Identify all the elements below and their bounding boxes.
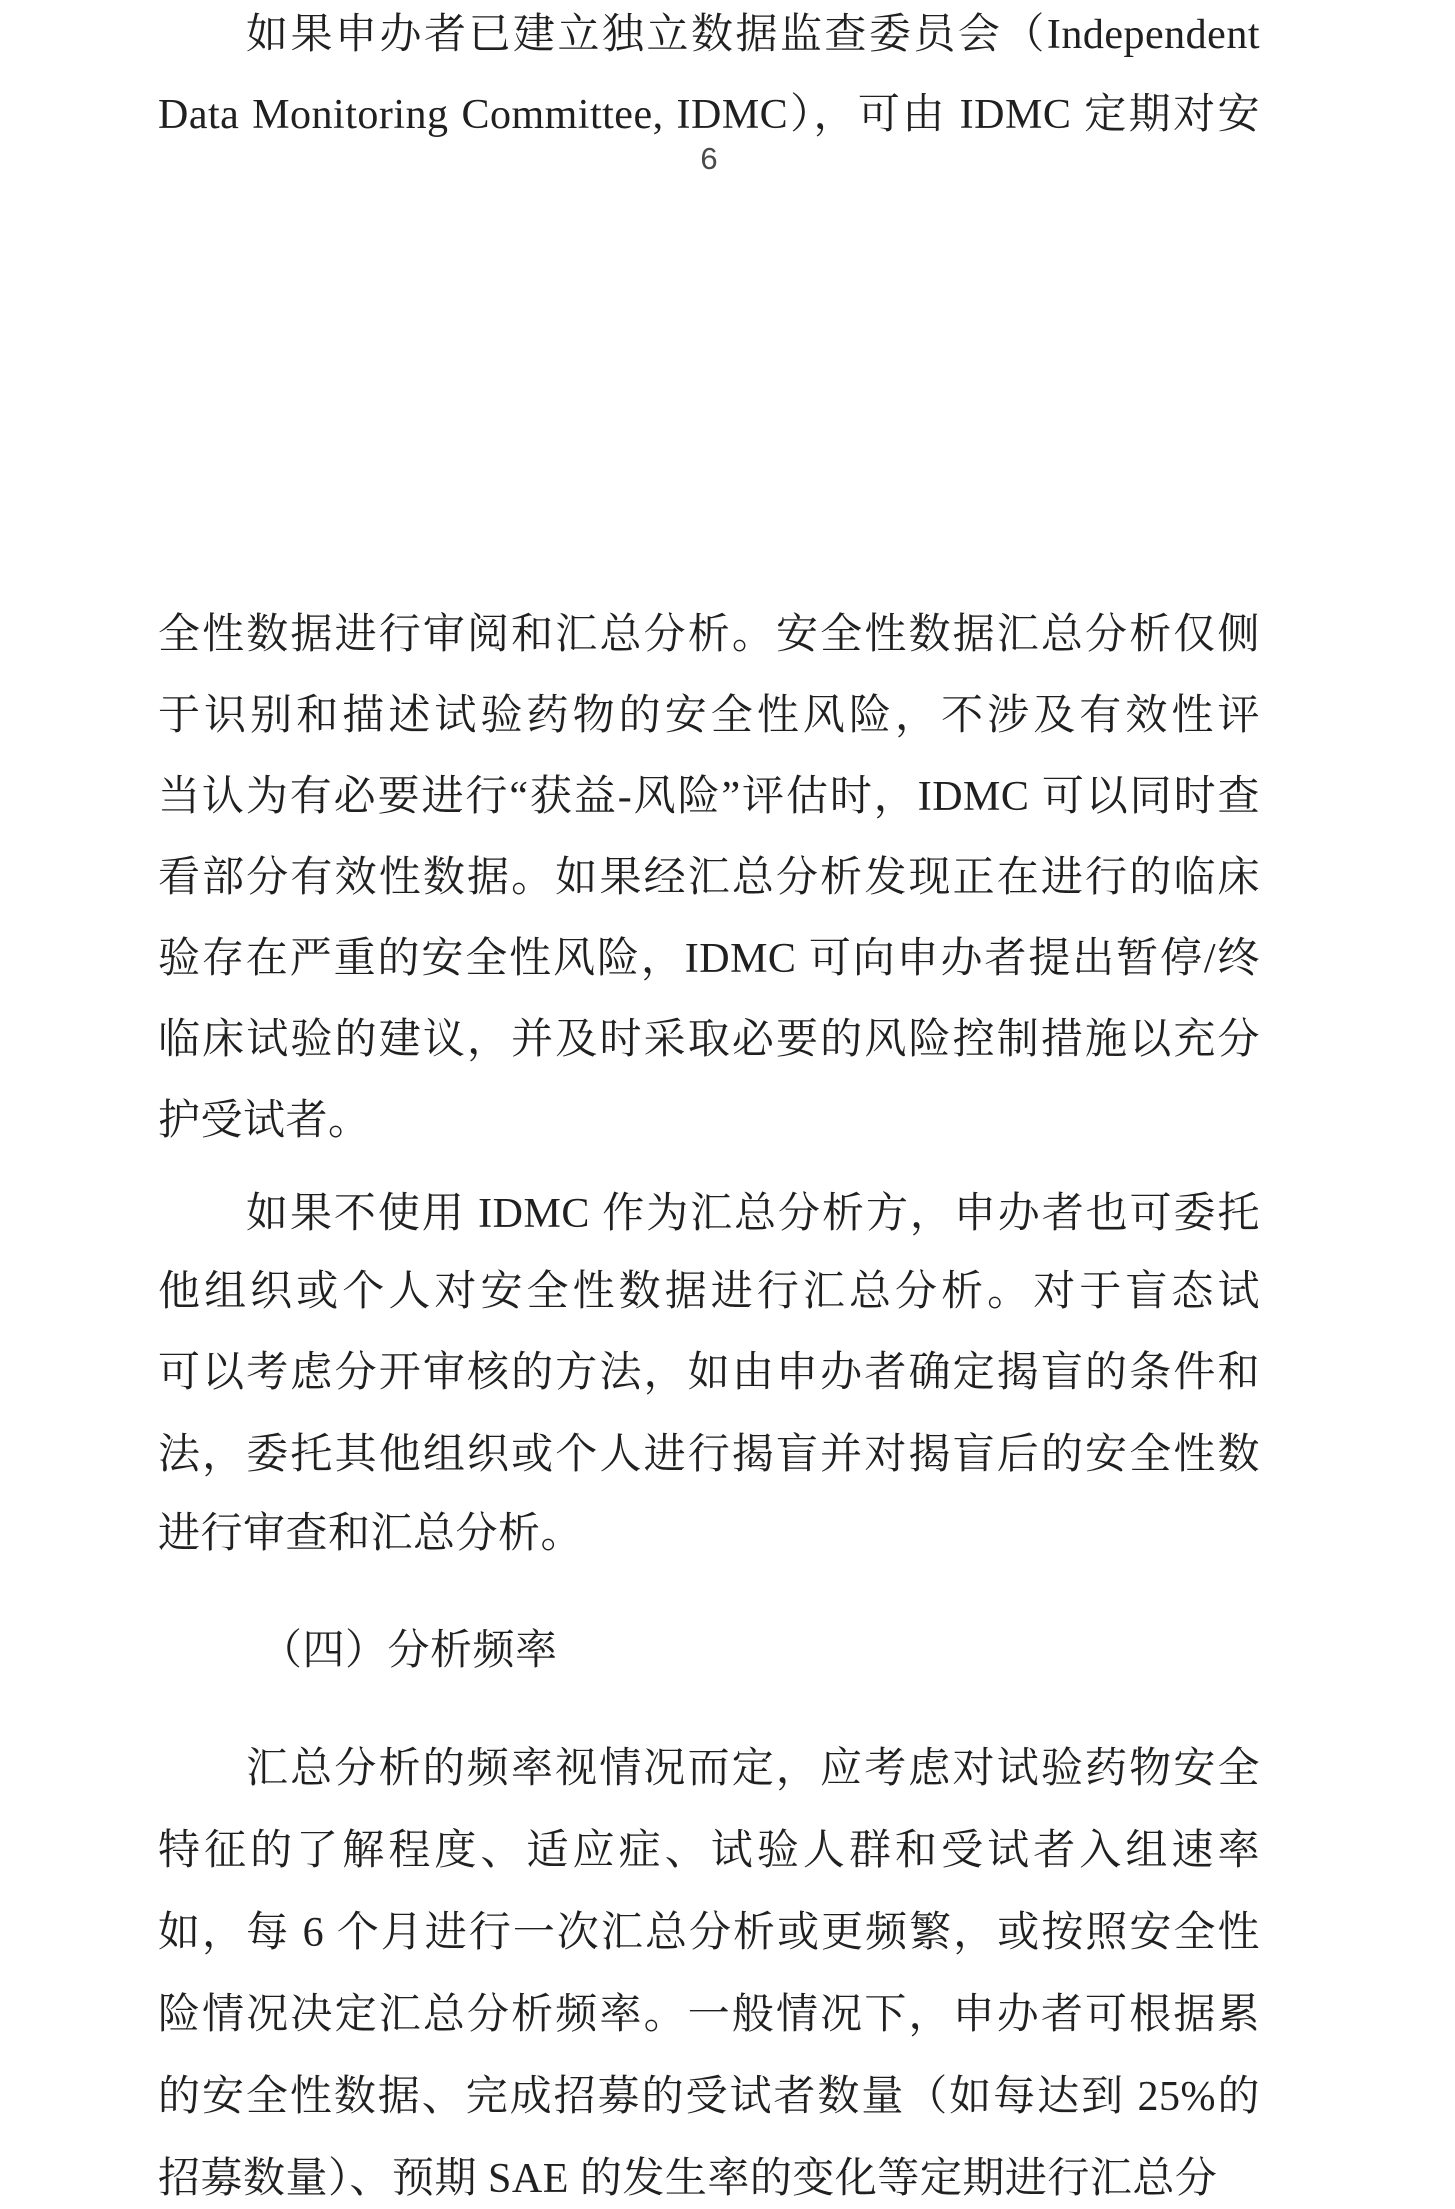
text-line: 进行审查和汇总分析。	[158, 1505, 1260, 1565]
text-line: 全性数据进行审阅和汇总分析。安全性数据汇总分析仅侧重	[158, 606, 1260, 666]
text-line: 如果申办者已建立独立数据监查委员会（Independent	[158, 6, 1260, 66]
text-line: 护受试者。	[158, 1092, 1260, 1152]
text-line: 如果不使用 IDMC 作为汇总分析方，申办者也可委托其	[158, 1185, 1260, 1245]
text-line: 看部分有效性数据。如果经汇总分析发现正在进行的临床试	[158, 849, 1260, 909]
page-number: 6	[158, 142, 1260, 176]
text-line: 汇总分析的频率视情况而定，应考虑对试验药物安全性	[158, 1740, 1260, 1800]
section-heading: （四）分析频率	[158, 1622, 1260, 1682]
text-line: 于识别和描述试验药物的安全性风险，不涉及有效性评价；	[158, 687, 1260, 747]
text-line: 验存在严重的安全性风险，IDMC 可向申办者提出暂停/终止	[158, 930, 1260, 990]
text-line: 可以考虑分开审核的方法，如由申办者确定揭盲的条件和方	[158, 1344, 1260, 1404]
text-line: 法，委托其他组织或个人进行揭盲并对揭盲后的安全性数据	[158, 1426, 1260, 1486]
text-line: Data Monitoring Committee, IDMC），可由 IDMC…	[158, 86, 1260, 146]
text-line: 招募数量）、预期 SAE 的发生率的变化等定期进行汇总分析。	[158, 2150, 1260, 2209]
text-line: 当认为有必要进行“获益-风险”评估时，IDMC 可以同时查	[158, 768, 1260, 828]
text-line: 临床试验的建议，并及时采取必要的风险控制措施以充分保	[158, 1011, 1260, 1071]
text-line: 的安全性数据、完成招募的受试者数量（如每达到 25%的拟	[158, 2068, 1260, 2128]
text-line: 如，每 6 个月进行一次汇总分析或更频繁，或按照安全性风	[158, 1904, 1260, 1964]
text-line: 险情况决定汇总分析频率。一般情况下，申办者可根据累积	[158, 1986, 1260, 2046]
document-page-scan: 如果申办者已建立独立数据监查委员会（Independent Data Monit…	[0, 0, 1455, 2209]
text-line: 他组织或个人对安全性数据进行汇总分析。对于盲态试验，	[158, 1263, 1260, 1323]
text-line: 特征的了解程度、适应症、试验人群和受试者入组速率等。	[158, 1822, 1260, 1882]
